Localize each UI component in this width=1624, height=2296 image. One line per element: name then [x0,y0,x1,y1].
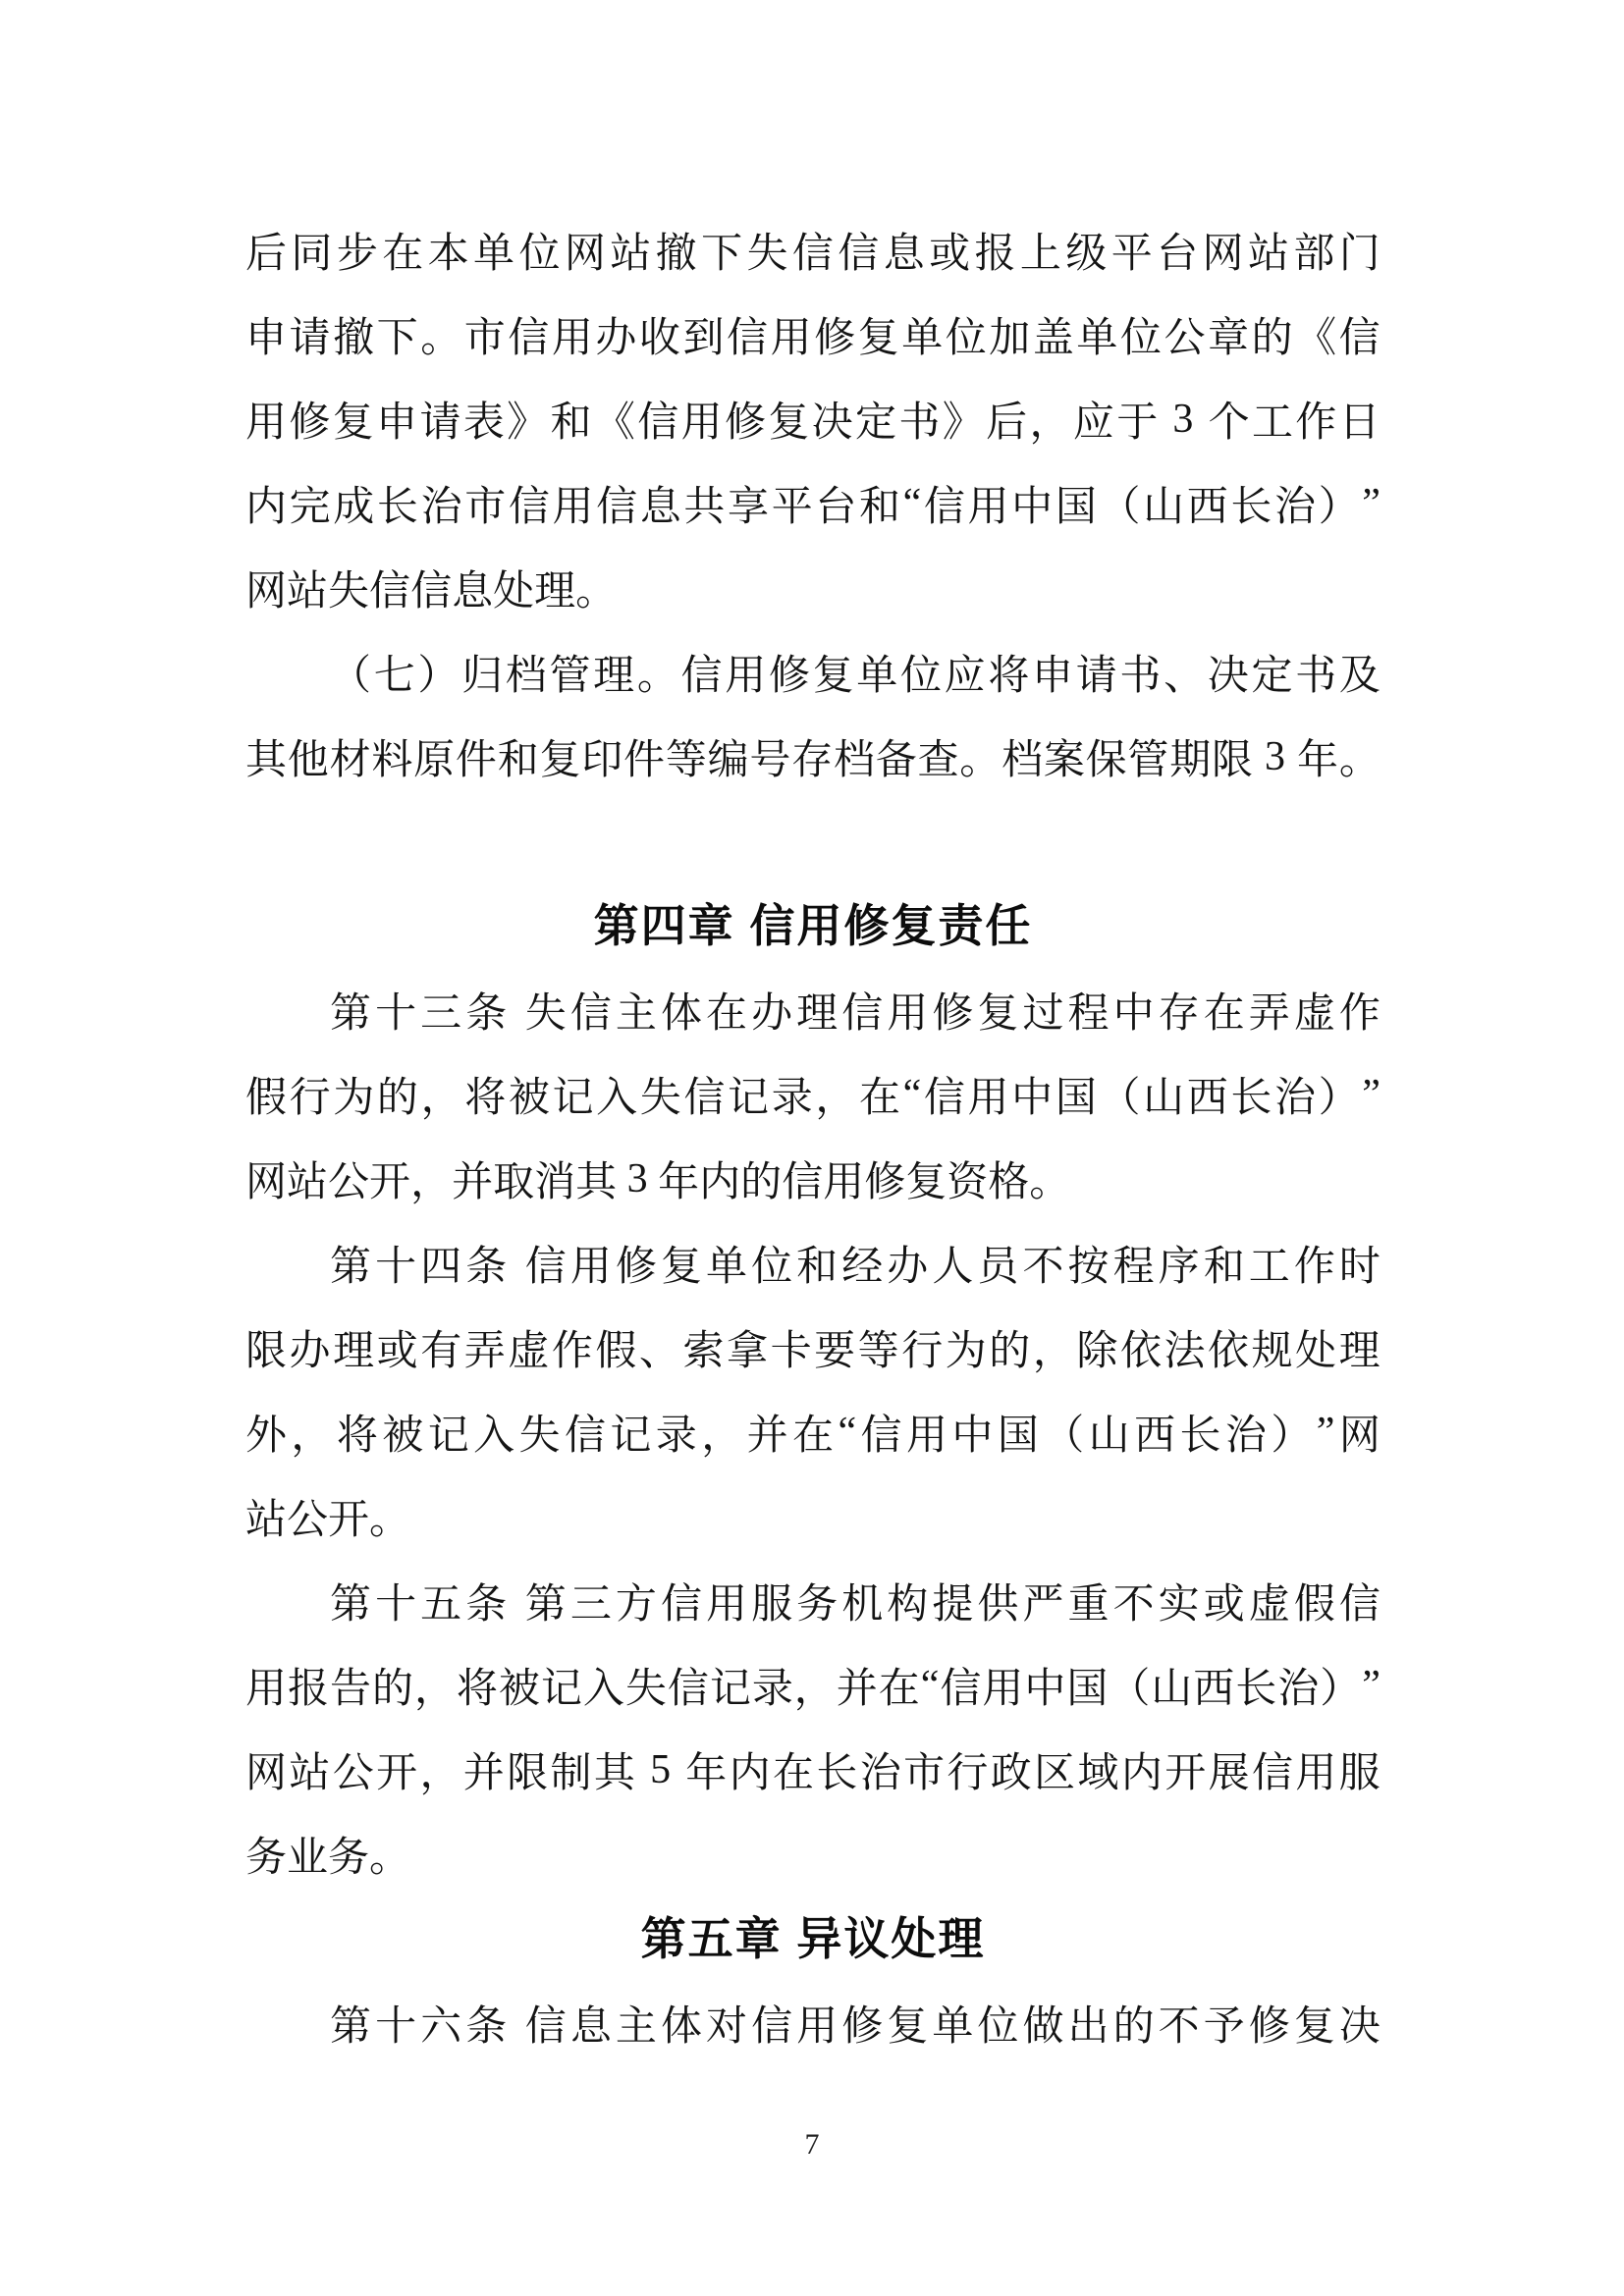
document-content: 后同步在本单位网站撤下失信信息或报上级平台网站部门申请撤下。市信用办收到信用修复… [245,208,1380,2065]
body-line: 第十六条 信息主体对信用修复单位做出的不予修复决 [245,1981,1380,2065]
body-line: 用修复申请表》和《信用修复决定书》后，应于 3 个工作日 [245,377,1380,461]
body-line: 假行为的，将被记入失信记录，在“信用中国（山西长治）” [245,1052,1380,1137]
body-line: 其他材料原件和复印件等编号存档备查。档案保管期限 3 年。 [245,715,1380,799]
body-line: 第十三条 失信主体在办理信用修复过程中存在弄虚作 [245,968,1380,1052]
body-line: 外，将被记入失信记录，并在“信用中国（山西长治）”网 [245,1390,1380,1474]
body-line: 用报告的，将被记入失信记录，并在“信用中国（山西长治）” [245,1643,1380,1728]
body-line: 第十五条 第三方信用服务机构提供严重不实或虚假信 [245,1559,1380,1643]
chapter-heading: 第四章 信用修复责任 [245,883,1380,968]
document-page: 后同步在本单位网站撤下失信信息或报上级平台网站部门申请撤下。市信用办收到信用修复… [0,0,1624,2296]
page-number: 7 [0,2118,1624,2171]
body-line: 务业务。 [245,1812,1380,1896]
body-line: 网站公开，并限制其 5 年内在长治市行政区域内开展信用服 [245,1728,1380,1812]
body-line: 后同步在本单位网站撤下失信信息或报上级平台网站部门 [245,208,1380,293]
body-line: 第十四条 信用修复单位和经办人员不按程序和工作时 [245,1221,1380,1306]
body-line: 网站公开，并取消其 3 年内的信用修复资格。 [245,1137,1380,1221]
body-line: 站公开。 [245,1474,1380,1559]
body-line: 网站失信信息处理。 [245,546,1380,630]
body-line: 申请撤下。市信用办收到信用修复单位加盖单位公章的《信 [245,293,1380,377]
body-line: 限办理或有弄虚作假、索拿卡要等行为的，除依法依规处理 [245,1306,1380,1390]
chapter-heading: 第五章 异议处理 [245,1896,1380,1981]
body-line: （七）归档管理。信用修复单位应将申请书、决定书及 [245,630,1380,715]
body-line: 内完成长治市信用信息共享平台和“信用中国（山西长治）” [245,461,1380,546]
